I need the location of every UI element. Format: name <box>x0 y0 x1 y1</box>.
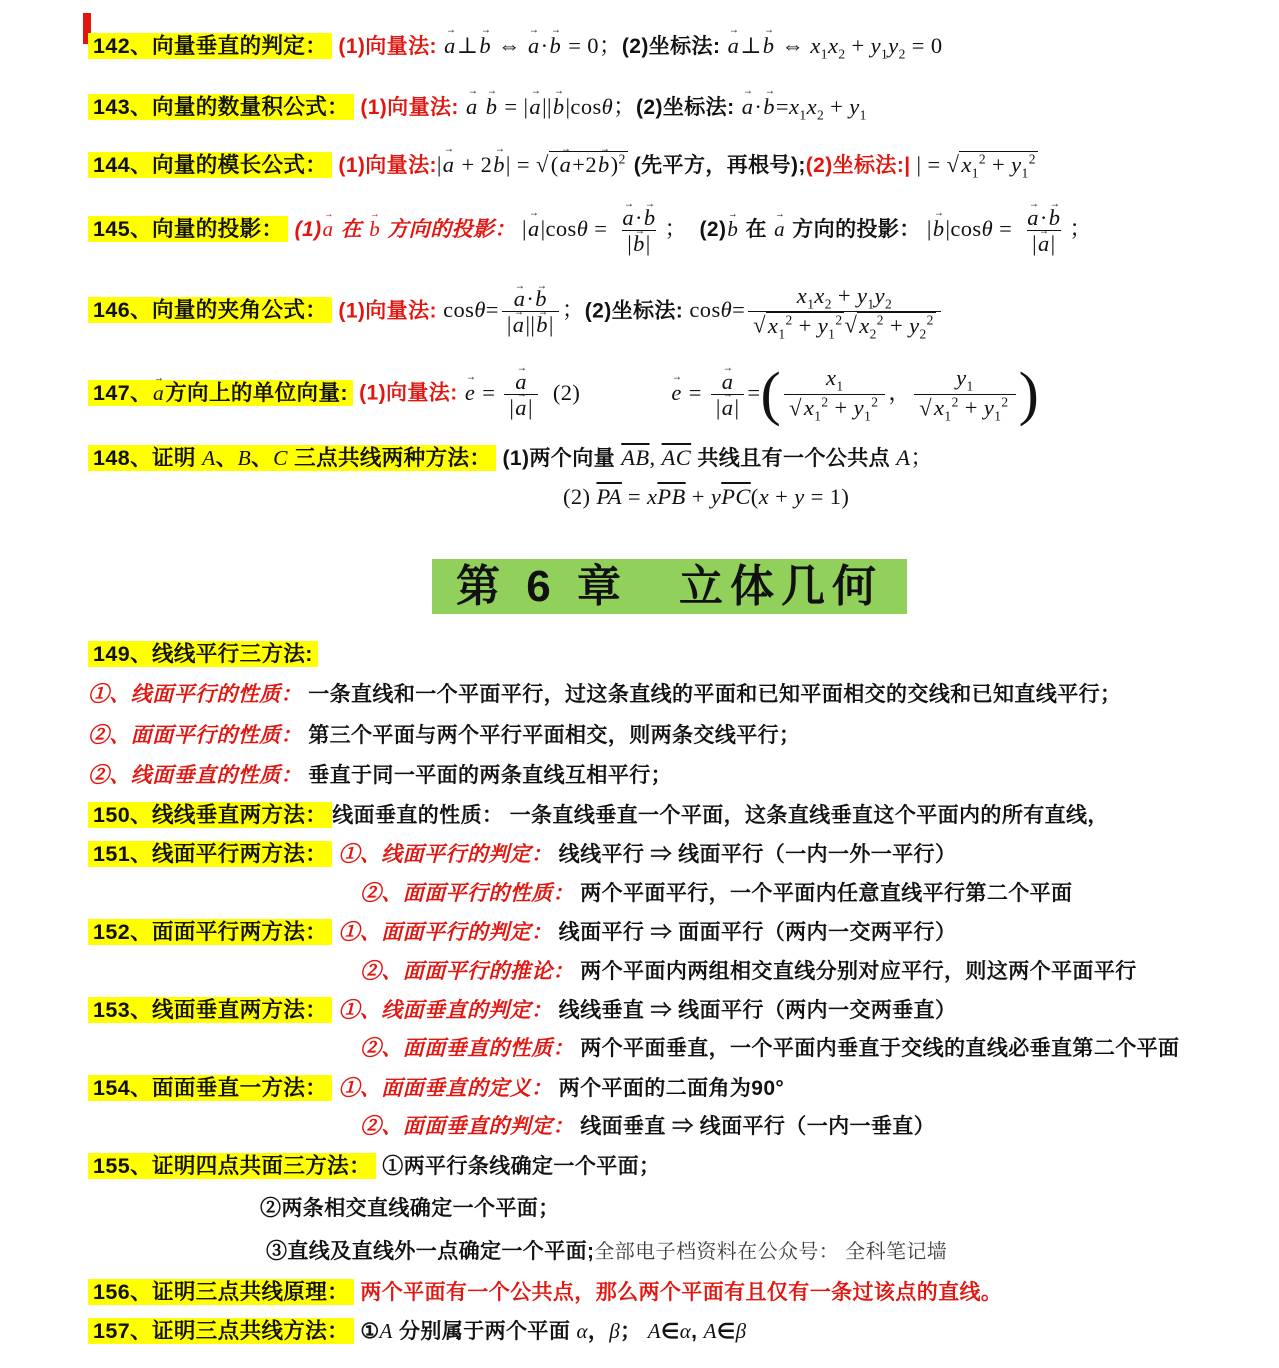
body-text: 两个平面有一个公共点，那么两个平面有且仅有一条过该点的直线。 <box>354 1281 1002 1304</box>
body-text: 两个平面平行，一个平面内任意直线平行第二个平面 <box>580 882 1072 905</box>
item-148-title: 148、证明 A、B、C 三点共线两种方法： <box>88 445 496 471</box>
body-text: (先平方，再根号); <box>634 154 806 177</box>
item-145-title: 145、向量的投影： <box>88 216 288 242</box>
line: 143、向量的数量积公式： (1)向量法: a b = |a||b|cosθ；(… <box>88 91 1251 125</box>
method-label: (1)向量法: <box>354 96 465 119</box>
chapter-title: 第 6 章 立体几何 <box>432 559 907 614</box>
method-label: (2)坐标法: <box>585 299 690 322</box>
item-157-title: 157、证明三点共线方法： <box>88 1318 354 1344</box>
line: 145、向量的投影： (1)a 在 b 方向的投影： |a|cosθ = a·b… <box>88 205 1251 256</box>
method-label: (1)向量法: <box>332 35 443 58</box>
watermark-text: 全部电子档资料在公众号： 全科笔记墙 <box>594 1241 947 1263</box>
formula: |a|cosθ = a·b|b|； <box>522 216 699 241</box>
body-text: ②两条相交直线确定一个平面； <box>260 1197 560 1220</box>
line: ②、面面垂直的判定： 线面垂直 ⇒ 线面平行（一内一垂直） <box>360 1112 1251 1142</box>
line: 151、线面平行两方法： ①、线面平行的判定： 线线平行 ⇒ 线面平行（一内一外… <box>88 839 1251 870</box>
sub-method-label: ①、面面垂直的定义： <box>338 1077 558 1100</box>
body-text: ①两平行条线确定一个平面； <box>376 1155 660 1178</box>
item-154-title: 154、面面垂直一方法： <box>88 1075 332 1101</box>
formula: |a + 2b| = √(a+2b)2 <box>437 152 634 177</box>
sub-method-label: ①、线面平行的性质： <box>88 683 308 706</box>
line: ②两条相交直线确定一个平面； <box>260 1194 1251 1224</box>
body-text: 一条直线和一个平面平行，过这条直线的平面和已知平面相交的交线和已知直线平行； <box>308 683 1121 706</box>
sub-method-label: ①、线面垂直的判定： <box>338 999 558 1022</box>
sub-method-label: ②、面面垂直的判定： <box>360 1115 580 1138</box>
method-label: (2)坐标法: <box>636 96 741 119</box>
body-text: 第三个平面与两个平行平面相交，则两条交线平行； <box>308 724 800 747</box>
line: ②、面面平行的性质： 第三个平面与两个平行平面相交，则两条交线平行； <box>88 721 1251 751</box>
line: (2) PA = xPB + yPC(x + y = 1) <box>563 481 1251 514</box>
line: 149、线线平行三方法: <box>88 639 1251 670</box>
formula: AB, AC <box>621 445 691 470</box>
line: 147、a方向上的单位向量: (1)向量法: e = a|a| (2)e = a… <box>88 365 1251 424</box>
line: 第 6 章 立体几何 <box>88 555 1251 619</box>
body-text: 线线平行 ⇒ 线面平行（一内一外一平行） <box>559 843 957 866</box>
line: ①、线面平行的性质： 一条直线和一个平面平行，过这条直线的平面和已知平面相交的交… <box>88 680 1251 710</box>
method-label: (1)向量法: <box>332 154 437 177</box>
formula: e = a|a| (2) <box>464 380 581 405</box>
formula: a b = |a||b|cosθ； <box>465 94 636 119</box>
sub-method-label: ②、面面平行的性质： <box>88 724 308 747</box>
line: ③直线及直线外一点确定一个平面;全部电子档资料在公众号： 全科笔记墙 <box>266 1237 1251 1267</box>
line: 153、线面垂直两方法： ①、线面垂直的判定： 线线垂直 ⇒ 线面平行（两内一交… <box>88 995 1251 1026</box>
body-text: (1)两个向量 <box>496 447 621 470</box>
line: ②、线面垂直的性质： 垂直于同一平面的两条直线互相平行； <box>88 761 1251 791</box>
item-149-title: 149、线线平行三方法: <box>88 641 318 667</box>
line: 146、向量的夹角公式： (1)向量法: cosθ=a·b|a||b|；(2)坐… <box>88 283 1251 342</box>
line: ②、面面垂直的性质： 两个平面垂直，一个平面内垂直于交线的直线必垂直第二个平面 <box>360 1034 1251 1064</box>
body-text: 线面平行 ⇒ 面面平行（两内一交两平行） <box>559 921 957 944</box>
body-text: 线面垂直的性质： 一条直线垂直一个平面，这条直线垂直这个平面内的所有直线， <box>332 804 1109 827</box>
formula: a·b=x1x2 + y1 <box>741 94 867 119</box>
item-150-title: 150、线线垂直两方法： <box>88 802 332 828</box>
sub-method-label: ②、面面垂直的性质： <box>360 1037 580 1060</box>
method-label: (2)坐标法: <box>622 35 727 58</box>
item-143-title: 143、向量的数量积公式： <box>88 94 354 120</box>
formula: | = √x12 + y12 <box>910 151 1037 177</box>
sub-method-label: ①、线面平行的判定： <box>338 843 558 866</box>
body-text: 两个平面垂直，一个平面内垂直于交线的直线必垂直第二个平面 <box>580 1037 1179 1060</box>
body-text: ③直线及直线外一点确定一个平面; <box>266 1240 594 1263</box>
body-text: 两个平面的二面角为90° <box>559 1077 785 1100</box>
formula: e = a|a|=(x1√x12 + y12，y1√x12 + y12) <box>670 380 1039 405</box>
method-label: (2)坐标法:| <box>806 154 911 177</box>
line: 148、证明 A、B、C 三点共线两种方法： (1)两个向量 AB, AC 共线… <box>88 442 1251 475</box>
item-152-title: 152、面面平行两方法： <box>88 919 332 945</box>
item-153-title: 153、线面垂直两方法： <box>88 997 332 1023</box>
item-147-title: 147、a方向上的单位向量: <box>88 380 353 406</box>
line: ②、面面平行的推论： 两个平面内两组相交直线分别对应平行，则这两个平面平行 <box>360 957 1251 987</box>
formula: (2) PA = xPB + yPC(x + y = 1) <box>563 484 849 509</box>
method-label: (1)a 在 b 方向的投影： <box>288 218 522 241</box>
sub-method-label: ②、线面垂直的性质： <box>88 764 308 787</box>
method-label: (1)向量法: <box>353 382 464 405</box>
document-page: 142、向量垂直的判定： (1)向量法: a⊥b ⇔ a·b = 0；(2)坐标… <box>0 0 1279 1348</box>
body-text: 共线且有一个公共点 <box>691 447 896 470</box>
item-155-title: 155、证明四点共面三方法： <box>88 1153 376 1179</box>
line: 155、证明四点共面三方法： ①两平行条线确定一个平面； <box>88 1151 1251 1182</box>
body-text: 两个平面内两组相交直线分别对应平行，则这两个平面平行 <box>580 960 1136 983</box>
body-text: 线面垂直 ⇒ 线面平行（一内一垂直） <box>580 1115 935 1138</box>
body-text: ①A 分别属于两个平面 α，β； A∈α, A∈β <box>354 1320 746 1343</box>
formula: cosθ=a·b|a||b|； <box>443 297 585 322</box>
line: 157、证明三点共线方法： ①A 分别属于两个平面 α，β； A∈α, A∈β <box>88 1316 1251 1347</box>
line: 144、向量的模长公式： (1)向量法:|a + 2b| = √(a+2b)2 … <box>88 149 1251 183</box>
item-146-title: 146、向量的夹角公式： <box>88 297 332 323</box>
line: 150、线线垂直两方法：线面垂直的性质： 一条直线垂直一个平面，这条直线垂直这个… <box>88 800 1251 831</box>
line: 156、证明三点共线原理： 两个平面有一个公共点，那么两个平面有且仅有一条过该点… <box>88 1277 1251 1308</box>
sub-method-label: ②、面面平行的推论： <box>360 960 580 983</box>
body-text: 垂直于同一平面的两条直线互相平行； <box>308 764 672 787</box>
formula: a⊥b ⇔ x1x2 + y1y2 = 0 <box>727 33 943 58</box>
formula: A； <box>896 445 933 470</box>
line: 154、面面垂直一方法： ①、面面垂直的定义： 两个平面的二面角为90° <box>88 1073 1251 1104</box>
item-144-title: 144、向量的模长公式： <box>88 152 332 178</box>
sub-method-label: ②、面面平行的性质： <box>360 882 580 905</box>
body-text: 线线垂直 ⇒ 线面平行（两内一交两垂直） <box>559 999 957 1022</box>
sub-method-label: ①、面面平行的判定： <box>338 921 558 944</box>
item-151-title: 151、线面平行两方法： <box>88 841 332 867</box>
item-142-title: 142、向量垂直的判定： <box>88 33 332 59</box>
line: 142、向量垂直的判定： (1)向量法: a⊥b ⇔ a·b = 0；(2)坐标… <box>88 30 1251 64</box>
method-label: (1)向量法: <box>332 299 443 322</box>
formula: |b|cosθ = a·b|a|； <box>927 216 1092 241</box>
formula: cosθ=x1x2 + y1y2√x12 + y12√x22 + y22 <box>689 297 943 322</box>
line: 152、面面平行两方法： ①、面面平行的判定： 线面平行 ⇒ 面面平行（两内一交… <box>88 917 1251 948</box>
method-label: (2)b 在 a 方向的投影： <box>699 218 926 241</box>
formula: a⊥b ⇔ a·b = 0； <box>443 33 622 58</box>
item-156-title: 156、证明三点共线原理： <box>88 1279 354 1305</box>
line: ②、面面平行的性质： 两个平面平行，一个平面内任意直线平行第二个平面 <box>360 879 1251 909</box>
